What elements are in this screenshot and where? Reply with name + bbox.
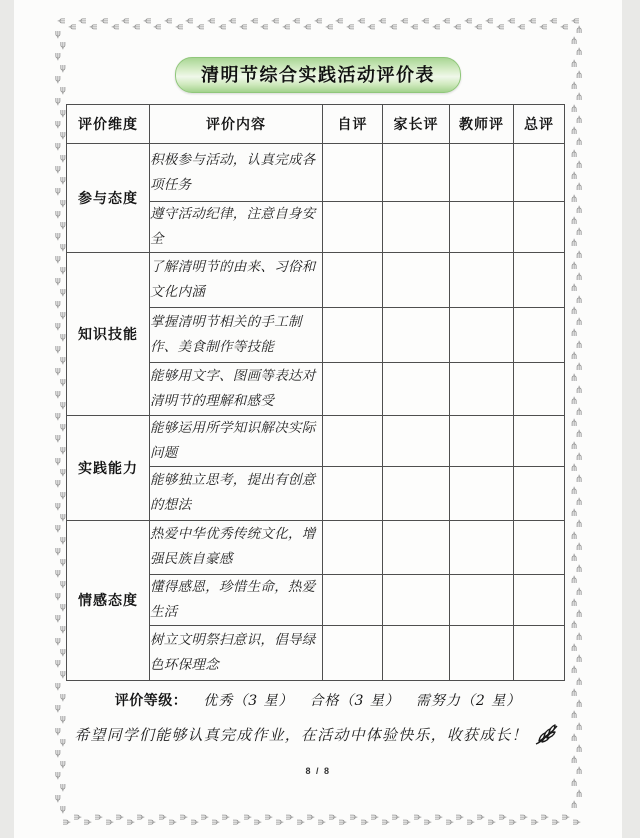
border-glyph: ⋔ [443,16,453,26]
border-glyph: ⋔ [561,22,571,32]
criteria-cell: 懂得感恩，珍惜生命，热爱生活 [150,574,323,625]
border-glyph: ⋔ [336,817,346,827]
rating-level-pass: 合格（3 星） [310,693,400,709]
border-glyph: ⋔ [421,817,431,827]
border-glyph: ⋔ [177,812,187,822]
border-glyph: ⋔ [569,599,579,609]
border-glyph: ⋔ [53,702,63,712]
border-glyph: ⋔ [58,174,68,184]
border-glyph: ⋔ [53,298,63,308]
border-glyph: ⋔ [569,532,579,542]
border-glyph: ⋔ [574,723,584,733]
border-glyph: ⋔ [53,725,63,735]
border-glyph: ⋔ [411,22,421,32]
border-glyph: ⋔ [574,565,584,575]
border-glyph: ⋔ [229,16,239,26]
border-glyph: ⋔ [145,817,155,827]
border-glyph: ⋔ [58,354,68,364]
rating-level-needs-effort: 需努力（2 星） [416,693,521,709]
border-glyph: ⋔ [53,567,63,577]
border-glyph: ⋔ [559,812,569,822]
border-glyph: ⋔ [474,812,484,822]
border-glyph: ⋔ [528,817,538,827]
score-cell-empty [323,466,383,520]
border-glyph: ⋔ [497,22,507,32]
border-glyph: ⋔ [569,756,579,766]
border-glyph: ⋔ [188,817,198,827]
border-glyph: ⋔ [53,455,63,465]
border-glyph: ⋔ [454,22,464,32]
decorative-border-top: ⋔⋔⋔⋔⋔⋔⋔⋔⋔⋔⋔⋔⋔⋔⋔⋔⋔⋔⋔⋔⋔⋔⋔⋔⋔⋔⋔⋔⋔⋔⋔⋔⋔⋔⋔⋔⋔⋔⋔⋔… [58,16,582,32]
border-glyph: ⋔ [58,286,68,296]
border-glyph: ⋔ [390,22,400,32]
score-cell-empty [323,415,383,466]
border-glyph: ⋔ [58,152,68,162]
score-cell-empty [514,520,565,574]
border-glyph: ⋔ [272,16,282,26]
border-glyph: ⋔ [53,50,63,60]
border-glyph: ⋔ [574,790,584,800]
border-glyph: ⋔ [569,779,579,789]
border-glyph: ⋔ [574,93,584,103]
border-glyph: ⋔ [315,817,325,827]
border-glyph: ⋔ [79,16,89,26]
score-cell-empty [514,144,565,202]
score-cell-empty [450,252,514,307]
score-cell-empty [323,625,383,680]
border-glyph: ⋔ [251,817,261,827]
dimension-cell: 知识技能 [67,252,150,415]
table-row: 知识技能了解清明节的由来、习俗和文化内涵 [67,252,565,307]
score-cell-empty [323,252,383,307]
border-glyph: ⋔ [496,812,506,822]
border-glyph: ⋔ [574,767,584,777]
score-cell-empty [383,362,450,415]
score-cell-empty [383,466,450,520]
border-glyph: ⋔ [92,812,102,822]
border-glyph: ⋔ [58,691,68,701]
border-glyph: ⋔ [58,534,68,544]
score-cell-empty [383,625,450,680]
border-glyph: ⋔ [58,241,68,251]
border-glyph: ⋔ [574,251,584,261]
border-glyph: ⋔ [58,84,68,94]
border-glyph: ⋔ [53,208,63,218]
criteria-cell: 能够运用所学知识解决实际问题 [150,415,323,466]
border-glyph: ⋔ [400,817,410,827]
border-glyph: ⋔ [58,511,68,521]
border-glyph: ⋔ [53,343,63,353]
border-glyph: ⋔ [53,792,63,802]
border-glyph: ⋔ [574,588,584,598]
border-glyph: ⋔ [198,812,208,822]
border-glyph: ⋔ [53,635,63,645]
border-glyph: ⋔ [443,817,453,827]
border-glyph: ⋔ [53,590,63,600]
border-glyph: ⋔ [53,118,63,128]
criteria-cell: 了解清明节的由来、习俗和文化内涵 [150,252,323,307]
border-glyph: ⋔ [569,239,579,249]
border-glyph: ⋔ [53,275,63,285]
border-glyph: ⋔ [101,16,111,26]
decorative-border-right: ⋔⋔⋔⋔⋔⋔⋔⋔⋔⋔⋔⋔⋔⋔⋔⋔⋔⋔⋔⋔⋔⋔⋔⋔⋔⋔⋔⋔⋔⋔⋔⋔⋔⋔⋔⋔⋔⋔⋔⋔… [574,26,584,812]
border-glyph: ⋔ [569,509,579,519]
border-glyph: ⋔ [550,16,560,26]
border-glyph: ⋔ [574,26,584,36]
border-glyph: ⋔ [273,817,283,827]
border-glyph: ⋔ [166,817,176,827]
closing-message-text: 希望同学们能够认真完成作业，在活动中体验快乐，收获成长！ [74,726,528,744]
border-glyph: ⋔ [58,623,68,633]
border-glyph: ⋔ [241,812,251,822]
border-glyph: ⋔ [58,556,68,566]
border-glyph: ⋔ [262,812,272,822]
border-glyph: ⋔ [569,195,579,205]
score-cell-empty [383,144,450,202]
document-canvas: ⋔⋔⋔⋔⋔⋔⋔⋔⋔⋔⋔⋔⋔⋔⋔⋔⋔⋔⋔⋔⋔⋔⋔⋔⋔⋔⋔⋔⋔⋔⋔⋔⋔⋔⋔⋔⋔⋔⋔⋔… [0,0,640,838]
border-glyph: ⋔ [574,633,584,643]
closing-message: 希望同学们能够认真完成作业，在活动中体验快乐，收获成长！ [14,722,622,746]
column-header-parent: 家长评 [383,105,450,144]
criteria-cell: 树立文明祭扫意识，倡导绿色环保理念 [150,625,323,680]
score-cell-empty [450,202,514,253]
score-cell-empty [514,415,565,466]
border-glyph: ⋔ [569,554,579,564]
border-glyph: ⋔ [401,16,411,26]
border-glyph: ⋔ [58,62,68,72]
border-glyph: ⋔ [368,22,378,32]
border-glyph: ⋔ [58,264,68,274]
border-glyph: ⋔ [574,700,584,710]
border-glyph: ⋔ [53,410,63,420]
border-glyph: ⋔ [574,161,584,171]
score-cell-empty [514,625,565,680]
border-glyph: ⋔ [209,817,219,827]
border-glyph: ⋔ [58,219,68,229]
border-glyph: ⋔ [569,644,579,654]
score-cell-empty [514,362,565,415]
table-row: 实践能力能够运用所学知识解决实际问题 [67,415,565,466]
border-glyph: ⋔ [165,16,175,26]
border-glyph: ⋔ [58,107,68,117]
border-glyph: ⋔ [58,39,68,49]
border-glyph: ⋔ [230,817,240,827]
border-glyph: ⋔ [517,812,527,822]
border-glyph: ⋔ [154,22,164,32]
border-glyph: ⋔ [411,812,421,822]
border-glyph: ⋔ [569,801,579,811]
border-glyph: ⋔ [53,477,63,487]
score-cell-empty [450,625,514,680]
score-cell-empty [514,466,565,520]
border-glyph: ⋔ [569,172,579,182]
border-glyph: ⋔ [569,576,579,586]
border-glyph: ⋔ [53,545,63,555]
column-header-dimension: 评价维度 [67,105,150,144]
score-cell-empty [450,362,514,415]
score-cell-empty [323,574,383,625]
border-glyph: ⋔ [574,183,584,193]
border-glyph: ⋔ [569,442,579,452]
border-glyph: ⋔ [53,769,63,779]
score-cell-empty [383,520,450,574]
border-glyph: ⋔ [464,817,474,827]
border-glyph: ⋔ [71,812,81,822]
border-glyph: ⋔ [58,758,68,768]
column-header-self: 自评 [323,105,383,144]
border-glyph: ⋔ [569,487,579,497]
decorative-border-bottom: ⋔⋔⋔⋔⋔⋔⋔⋔⋔⋔⋔⋔⋔⋔⋔⋔⋔⋔⋔⋔⋔⋔⋔⋔⋔⋔⋔⋔⋔⋔⋔⋔⋔⋔⋔⋔⋔⋔⋔⋔… [60,817,580,827]
document-page: ⋔⋔⋔⋔⋔⋔⋔⋔⋔⋔⋔⋔⋔⋔⋔⋔⋔⋔⋔⋔⋔⋔⋔⋔⋔⋔⋔⋔⋔⋔⋔⋔⋔⋔⋔⋔⋔⋔⋔⋔… [14,0,622,838]
score-cell-empty [383,415,450,466]
border-glyph: ⋔ [219,812,229,822]
border-glyph: ⋔ [53,230,63,240]
score-cell-empty [323,520,383,574]
column-header-overall: 总评 [514,105,565,144]
border-glyph: ⋔ [53,185,63,195]
score-cell-empty [383,252,450,307]
border-glyph: ⋔ [569,734,579,744]
border-glyph: ⋔ [81,817,91,827]
border-glyph: ⋔ [574,655,584,665]
border-glyph: ⋔ [368,812,378,822]
border-glyph: ⋔ [208,16,218,26]
border-glyph: ⋔ [113,812,123,822]
border-glyph: ⋔ [53,95,63,105]
border-glyph: ⋔ [293,16,303,26]
border-glyph: ⋔ [485,817,495,827]
border-glyph: ⋔ [569,329,579,339]
border-glyph: ⋔ [53,163,63,173]
border-glyph: ⋔ [58,489,68,499]
page-title-badge: 清明节综合实践活动评价表 [175,57,461,93]
border-glyph: ⋔ [58,466,68,476]
table-row: 参与态度积极参与活动，认真完成各项任务 [67,144,565,202]
border-glyph: ⋔ [379,16,389,26]
column-header-content: 评价内容 [150,105,323,144]
criteria-cell: 遵守活动纪律，注意自身安全 [150,202,323,253]
border-glyph: ⋔ [569,217,579,227]
border-glyph: ⋔ [294,817,304,827]
border-glyph: ⋔ [486,16,496,26]
border-glyph: ⋔ [453,812,463,822]
border-glyph: ⋔ [569,352,579,362]
border-glyph: ⋔ [574,363,584,373]
border-glyph: ⋔ [58,803,68,813]
border-glyph: ⋔ [347,22,357,32]
border-glyph: ⋔ [261,22,271,32]
score-cell-empty [514,202,565,253]
border-glyph: ⋔ [574,520,584,530]
border-glyph: ⋔ [574,116,584,126]
rating-level-excellent: 优秀（3 星） [203,693,293,709]
border-glyph: ⋔ [574,296,584,306]
border-glyph: ⋔ [518,22,528,32]
border-glyph: ⋔ [58,16,68,26]
border-glyph: ⋔ [574,678,584,688]
border-glyph: ⋔ [569,689,579,699]
border-glyph: ⋔ [53,612,63,622]
border-glyph: ⋔ [574,453,584,463]
border-glyph: ⋔ [58,444,68,454]
border-glyph: ⋔ [240,22,250,32]
border-glyph: ⋔ [122,16,132,26]
border-glyph: ⋔ [53,680,63,690]
border-glyph: ⋔ [389,812,399,822]
border-glyph: ⋔ [58,376,68,386]
border-glyph: ⋔ [475,22,485,32]
dimension-cell: 情感态度 [67,520,150,680]
border-glyph: ⋔ [53,320,63,330]
score-cell-empty [383,307,450,362]
score-cell-empty [450,520,514,574]
border-glyph: ⋔ [304,22,314,32]
evaluation-table: 评价维度 评价内容 自评 家长评 教师评 总评 参与态度积极参与活动，认真完成各… [66,104,565,681]
border-glyph: ⋔ [58,713,68,723]
border-glyph: ⋔ [574,48,584,58]
wheat-sprig-icon [534,722,562,746]
border-glyph: ⋔ [574,138,584,148]
border-glyph: ⋔ [506,817,516,827]
score-cell-empty [450,574,514,625]
border-glyph: ⋔ [53,657,63,667]
border-glyph: ⋔ [133,22,143,32]
border-glyph: ⋔ [379,817,389,827]
border-glyph: ⋔ [156,812,166,822]
border-glyph: ⋔ [58,736,68,746]
border-glyph: ⋔ [569,666,579,676]
border-glyph: ⋔ [58,578,68,588]
border-glyph: ⋔ [58,668,68,678]
border-glyph: ⋔ [53,365,63,375]
border-glyph: ⋔ [569,262,579,272]
border-glyph: ⋔ [336,16,346,26]
border-glyph: ⋔ [53,140,63,150]
rating-legend-label: 评价等级： [115,692,188,708]
border-glyph: ⋔ [134,812,144,822]
border-glyph: ⋔ [574,430,584,440]
border-glyph: ⋔ [569,105,579,115]
border-glyph: ⋔ [53,388,63,398]
criteria-cell: 能够用文字、图画等表达对清明节的理解和感受 [150,362,323,415]
score-cell-empty [323,307,383,362]
border-glyph: ⋔ [569,37,579,47]
border-glyph: ⋔ [53,253,63,263]
border-glyph: ⋔ [569,711,579,721]
decorative-border-left: ⋔⋔⋔⋔⋔⋔⋔⋔⋔⋔⋔⋔⋔⋔⋔⋔⋔⋔⋔⋔⋔⋔⋔⋔⋔⋔⋔⋔⋔⋔⋔⋔⋔⋔⋔⋔⋔⋔⋔⋔… [53,28,68,814]
border-glyph: ⋔ [569,60,579,70]
border-glyph: ⋔ [186,16,196,26]
criteria-cell: 能够独立思考，提出有创意的想法 [150,466,323,520]
border-glyph: ⋔ [574,610,584,620]
score-cell-empty [323,202,383,253]
border-glyph: ⋔ [197,22,207,32]
border-glyph: ⋔ [304,812,314,822]
border-glyph: ⋔ [422,16,432,26]
border-glyph: ⋔ [58,129,68,139]
page-title: 清明节综合实践活动评价表 [201,65,435,85]
dimension-cell: 参与态度 [67,144,150,253]
border-glyph: ⋔ [569,419,579,429]
border-glyph: ⋔ [569,307,579,317]
score-cell-empty [323,362,383,415]
border-glyph: ⋔ [569,464,579,474]
score-cell-empty [323,144,383,202]
score-cell-empty [450,415,514,466]
border-glyph: ⋔ [90,22,100,32]
border-glyph: ⋔ [569,284,579,294]
border-glyph: ⋔ [103,817,113,827]
border-glyph: ⋔ [574,475,584,485]
rating-legend: 评价等级：优秀（3 星）合格（3 星）需努力（2 星） [14,690,622,710]
border-glyph: ⋔ [574,228,584,238]
border-glyph: ⋔ [574,543,584,553]
border-glyph: ⋔ [574,386,584,396]
border-glyph: ⋔ [124,817,134,827]
table-header-row: 评价维度 评价内容 自评 家长评 教师评 总评 [67,105,565,144]
score-cell-empty [450,307,514,362]
border-glyph: ⋔ [432,812,442,822]
border-glyph: ⋔ [60,817,70,827]
border-glyph: ⋔ [326,812,336,822]
border-glyph: ⋔ [58,399,68,409]
column-header-teacher: 教师评 [450,105,514,144]
border-glyph: ⋔ [538,812,548,822]
score-cell-empty [383,202,450,253]
border-glyph: ⋔ [574,273,584,283]
criteria-cell: 掌握清明节相关的手工制作、美食制作等技能 [150,307,323,362]
border-glyph: ⋔ [53,73,63,83]
border-glyph: ⋔ [574,71,584,81]
border-glyph: ⋔ [358,817,368,827]
border-glyph: ⋔ [53,28,63,38]
dimension-cell: 实践能力 [67,415,150,520]
border-glyph: ⋔ [549,817,559,827]
border-glyph: ⋔ [574,341,584,351]
criteria-cell: 积极参与活动，认真完成各项任务 [150,144,323,202]
criteria-cell: 热爱中华优秀传统文化，增强民族自豪感 [150,520,323,574]
border-glyph: ⋔ [58,646,68,656]
border-glyph: ⋔ [283,812,293,822]
border-glyph: ⋔ [53,500,63,510]
border-glyph: ⋔ [53,522,63,532]
page-number: 8 / 8 [14,766,622,776]
border-glyph: ⋔ [569,397,579,407]
score-cell-empty [514,574,565,625]
score-cell-empty [383,574,450,625]
border-glyph: ⋔ [58,601,68,611]
border-glyph: ⋔ [347,812,357,822]
border-glyph: ⋔ [569,621,579,631]
score-cell-empty [514,307,565,362]
border-glyph: ⋔ [569,150,579,160]
border-glyph: ⋔ [58,197,68,207]
border-glyph: ⋔ [569,374,579,384]
border-glyph: ⋔ [574,408,584,418]
border-glyph: ⋔ [58,421,68,431]
border-glyph: ⋔ [569,127,579,137]
border-glyph: ⋔ [529,16,539,26]
border-glyph: ⋔ [574,745,584,755]
table-row: 情感态度热爱中华优秀传统文化，增强民族自豪感 [67,520,565,574]
border-glyph: ⋔ [574,318,584,328]
border-glyph: ⋔ [574,206,584,216]
score-cell-empty [514,252,565,307]
border-glyph: ⋔ [569,82,579,92]
border-glyph: ⋔ [53,747,63,757]
border-glyph: ⋔ [574,498,584,508]
border-glyph: ⋔ [58,331,68,341]
